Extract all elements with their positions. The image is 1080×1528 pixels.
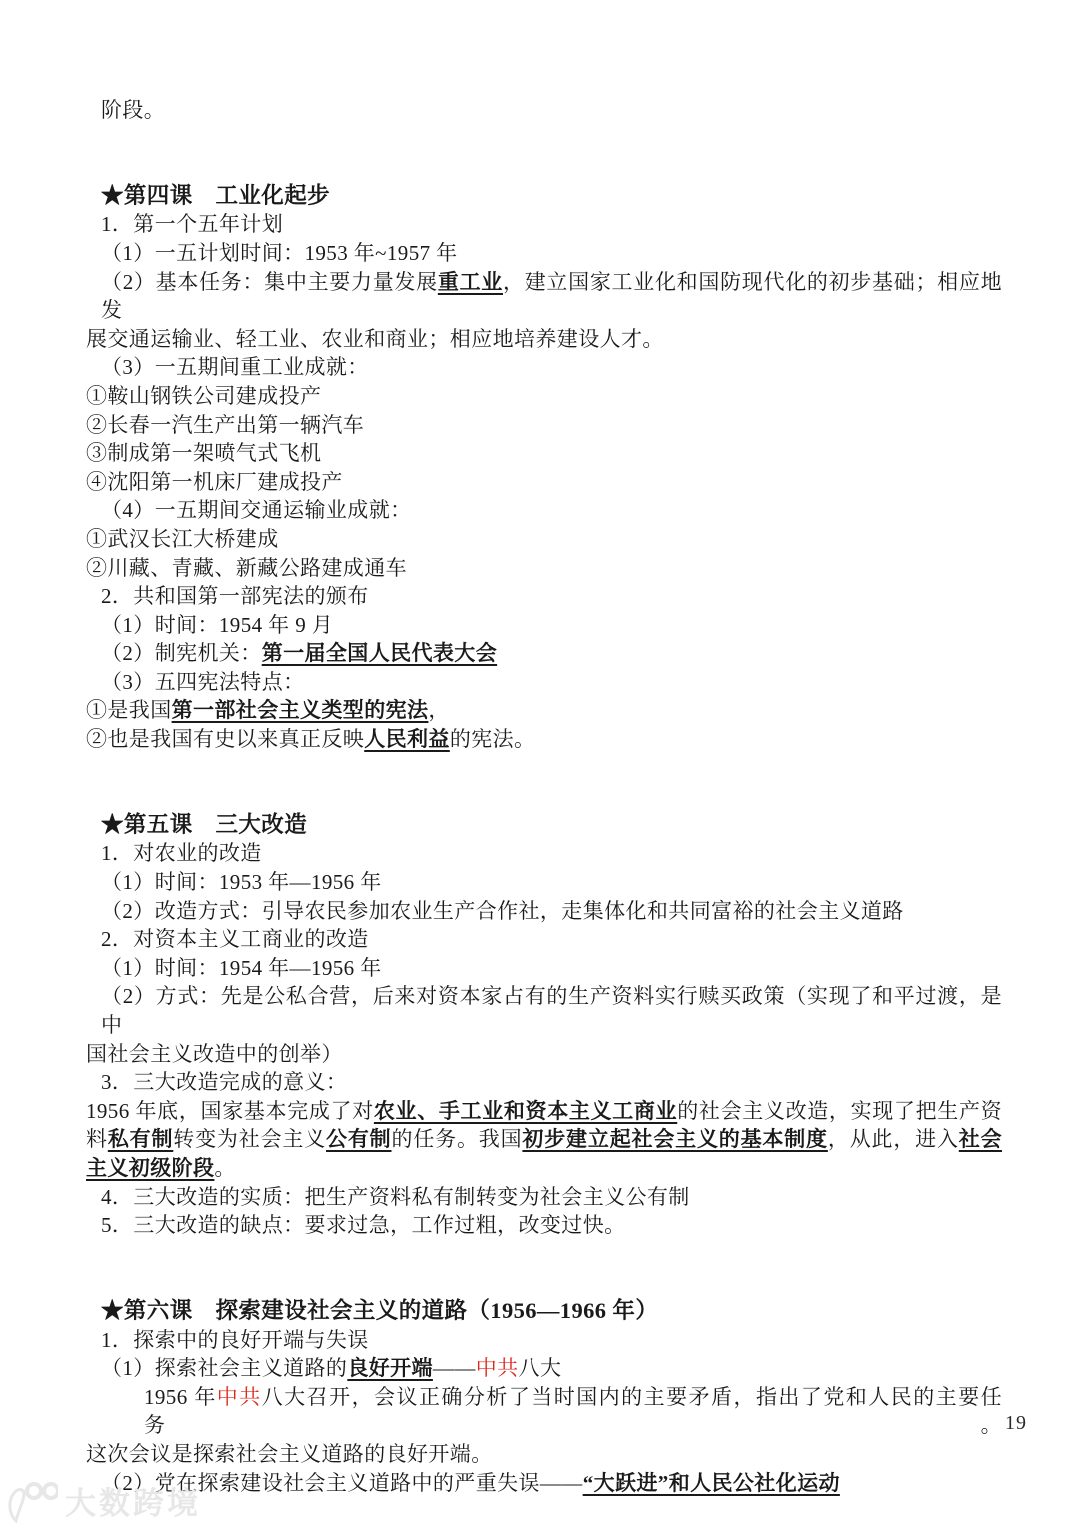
watermark-logo-icon: [6, 1479, 58, 1523]
text-segment: ★第五课 三大改造: [101, 812, 307, 837]
text-segment: ——: [433, 1356, 476, 1380]
text-segment: 国社会主义改造中的创举）: [86, 1042, 343, 1066]
text-segment: （1）时间：1954 年 9 月: [101, 613, 333, 637]
text-line: 1956 年中共八大召开，会议正确分析了当时国内的主要矛盾，指出了党和人民的主要…: [144, 1383, 1002, 1440]
text-line: （3）一五期间重工业成就：: [101, 353, 1002, 382]
text-segment: （1）探索社会主义道路的: [101, 1356, 347, 1380]
text-segment: ③制成第一架喷气式飞机: [86, 441, 321, 465]
text-line: ②川藏、青藏、新藏公路建成通车: [86, 554, 1002, 583]
text-line: 1956 年底，国家基本完成了对农业、手工业和资本主义工商业的社会主义改造，实现…: [86, 1097, 1002, 1126]
heading-lesson-5: ★第五课 三大改造: [101, 811, 1002, 840]
text-line: 主义初级阶段。: [86, 1154, 1002, 1183]
red-highlight-text: 中共: [476, 1356, 519, 1380]
text-segment: 这次会议是探索社会主义道路的良好开端。: [86, 1442, 493, 1466]
text-segment: （2）制宪机关：: [101, 641, 262, 665]
text-segment: 2．对资本主义工商业的改造: [101, 927, 369, 951]
text-line: 2．对资本主义工商业的改造: [101, 925, 1002, 954]
text-line: （1）时间：1954 年—1956 年: [101, 954, 1002, 983]
underlined-key-term: 第一届全国人民代表大会: [262, 641, 497, 665]
text-segment: ★第四课 工业化起步: [101, 183, 330, 208]
text-line: （1）时间：1954 年 9 月: [101, 611, 1002, 640]
text-line: （4）一五期间交通运输业成就：: [101, 496, 1002, 525]
text-line: 4．三大改造的实质：把生产资料私有制转变为社会主义公有制: [101, 1183, 1002, 1212]
text-line: ①鞍山钢铁公司建成投产: [86, 382, 1002, 411]
underlined-key-term: “大跃进”和人民公社化运动: [583, 1471, 840, 1495]
underlined-key-term: 良好开端: [347, 1356, 433, 1380]
text-segment: （2）改造方式：引导农民参加农业生产合作社，走集体化和共同富裕的社会主义道路: [101, 899, 904, 923]
text-line: （1）时间：1953 年—1956 年: [101, 868, 1002, 897]
text-line: （2）制宪机关：第一届全国人民代表大会: [101, 639, 1002, 668]
text-segment: （3）一五期间重工业成就：: [101, 355, 369, 379]
text-line: ③制成第一架喷气式飞机: [86, 439, 1002, 468]
watermark: 大数跨境: [6, 1478, 201, 1523]
text-line: 1．探索中的良好开端与失误: [101, 1326, 1002, 1355]
text-line: （2）基本任务：集中主要力量发展重工业，建立国家工业化和国防现代化的初步基础；相…: [101, 268, 1002, 325]
underlined-key-term: 社会: [959, 1127, 1002, 1151]
document-page: { "page": { "number": "19", "watermark_t…: [0, 0, 1080, 1528]
text-segment: ②川藏、青藏、新藏公路建成通车: [86, 556, 407, 580]
text-line: ④沈阳第一机床厂建成投产: [86, 468, 1002, 497]
red-highlight-text: 中共: [217, 1385, 262, 1409]
text-line: 2．共和国第一部宪法的颁布: [101, 582, 1002, 611]
text-segment: 的社会主义改造，实现了把生产资: [677, 1099, 1002, 1123]
text-segment: 4．三大改造的实质：把生产资料私有制转变为社会主义公有制: [101, 1185, 690, 1209]
text-segment: 1956 年: [144, 1385, 217, 1409]
text-segment: 1．第一个五年计划: [101, 212, 283, 236]
text-segment: （1）时间：1953 年—1956 年: [101, 870, 382, 894]
document-body: 阶段。★第四课 工业化起步1．第一个五年计划（1）一五计划时间：1953 年~1…: [86, 96, 1002, 1497]
text-segment: ②长春一汽生产出第一辆汽车: [86, 413, 364, 437]
text-line: 阶段。: [101, 96, 1002, 125]
underlined-key-term: 重工业: [438, 270, 503, 294]
text-line: （1）探索社会主义道路的良好开端——中共八大: [101, 1354, 1002, 1383]
text-line: 这次会议是探索社会主义道路的良好开端。: [86, 1440, 1002, 1469]
text-segment: 的宪法。: [450, 727, 536, 751]
underlined-key-term: 初步建立起社会主义的基本制度: [522, 1127, 827, 1151]
text-segment: （2）基本任务：集中主要力量发展: [101, 270, 438, 294]
underlined-key-term: 人民利益: [364, 727, 450, 751]
text-segment: ★第六课 探索建设社会主义的道路（1956—1966 年）: [101, 1298, 658, 1323]
text-line: ①武汉长江大桥建成: [86, 525, 1002, 554]
text-segment: 5．三大改造的缺点：要求过急，工作过粗，改变过快。: [101, 1213, 626, 1237]
text-line: 国社会主义改造中的创举）: [86, 1040, 1002, 1069]
text-line: 展交通运输业、轻工业、农业和商业；相应地培养建设人才。: [86, 325, 1002, 354]
text-segment: ④沈阳第一机床厂建成投产: [86, 470, 343, 494]
text-line: （1）一五计划时间：1953 年~1957 年: [101, 239, 1002, 268]
text-segment: （4）一五期间交通运输业成就：: [101, 498, 412, 522]
text-line: （2）改造方式：引导农民参加农业生产合作社，走集体化和共同富裕的社会主义道路: [101, 897, 1002, 926]
text-segment: 1956 年底，国家基本完成了对: [86, 1099, 374, 1123]
underlined-key-term: 私有制: [108, 1127, 173, 1151]
text-line: 料私有制转变为社会主义公有制的任务。我国初步建立起社会主义的基本制度，从此，进入…: [86, 1125, 1002, 1154]
text-segment: 阶段。: [101, 98, 165, 122]
text-segment: 料: [86, 1127, 108, 1151]
text-segment: 八大: [519, 1356, 562, 1380]
underlined-key-term: 第一部社会主义类型的宪法: [172, 698, 429, 722]
text-segment: 3．三大改造完成的意义：: [101, 1070, 347, 1094]
text-segment: 。: [214, 1156, 235, 1180]
heading-lesson-6: ★第六课 探索建设社会主义的道路（1956—1966 年）: [101, 1297, 1002, 1326]
text-segment: 1．探索中的良好开端与失误: [101, 1328, 369, 1352]
text-line: 1．第一个五年计划: [101, 210, 1002, 239]
underlined-key-term: 主义初级阶段: [86, 1156, 214, 1180]
underlined-key-term: 公有制: [326, 1127, 391, 1151]
text-segment: ①武汉长江大桥建成: [86, 527, 279, 551]
text-segment: ②也是我国有史以来真正反映: [86, 727, 364, 751]
text-line: ②长春一汽生产出第一辆汽车: [86, 411, 1002, 440]
text-line: 1．对农业的改造: [101, 839, 1002, 868]
text-segment: （1）一五计划时间：1953 年~1957 年: [101, 241, 458, 265]
text-segment: 八大召开，会议正确分析了当时国内的主要矛盾，指出了党和人民的主要任务。: [144, 1385, 1002, 1438]
text-segment: 转变为社会主义: [173, 1127, 326, 1151]
text-segment: ①是我国: [86, 698, 172, 722]
text-segment: 1．对农业的改造: [101, 841, 262, 865]
text-line: ①是我国第一部社会主义类型的宪法，: [86, 696, 1002, 725]
text-segment: ，: [428, 698, 449, 722]
text-segment: 2．共和国第一部宪法的颁布: [101, 584, 369, 608]
underlined-key-term: 农业、手工业和资本主义工商业: [374, 1099, 677, 1123]
text-line: 5．三大改造的缺点：要求过急，工作过粗，改变过快。: [101, 1211, 1002, 1240]
text-segment: （3）五四宪法特点：: [101, 670, 305, 694]
text-segment: ①鞍山钢铁公司建成投产: [86, 384, 321, 408]
text-segment: 的任务。我国: [392, 1127, 523, 1151]
text-line: （3）五四宪法特点：: [101, 668, 1002, 697]
text-segment: （1）时间：1954 年—1956 年: [101, 956, 382, 980]
text-line: （2）方式：先是公私合营，后来对资本家占有的生产资料实行赎买政策（实现了和平过渡…: [101, 982, 1002, 1039]
text-segment: ，从此，进入: [828, 1127, 959, 1151]
text-segment: 展交通运输业、轻工业、农业和商业；相应地培养建设人才。: [86, 327, 664, 351]
text-line: （2）党在探索建设社会主义道路中的严重失误——“大跃进”和人民公社化运动: [101, 1469, 1002, 1498]
watermark-text: 大数跨境: [65, 1478, 201, 1523]
text-line: ②也是我国有史以来真正反映人民利益的宪法。: [86, 725, 1002, 754]
text-segment: （2）方式：先是公私合营，后来对资本家占有的生产资料实行赎买政策（实现了和平过渡…: [101, 984, 1002, 1037]
page-number: 19: [1005, 1412, 1027, 1435]
text-line: 3．三大改造完成的意义：: [101, 1068, 1002, 1097]
heading-lesson-4: ★第四课 工业化起步: [101, 182, 1002, 211]
